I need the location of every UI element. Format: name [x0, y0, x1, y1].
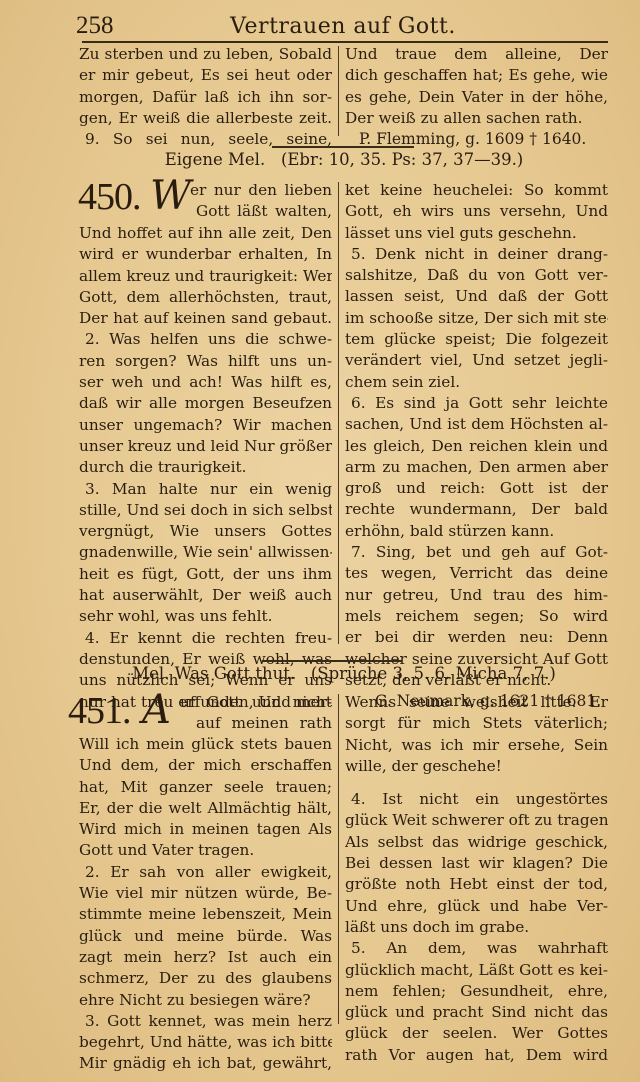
verse-line: er mir gebeut, Es sei heut oder	[79, 65, 332, 86]
verse-line: Will ich mein glück stets bauen	[79, 734, 332, 755]
verse-line: daß wir alle morgen Beseufzen	[79, 393, 332, 414]
verse-line: sachen, Und ist dem Höchsten al-	[345, 414, 608, 435]
verse-line: sorgt für mich Stets väterlich;	[345, 713, 608, 734]
verse-line: Wie viel mir nützen würde, Be-	[79, 883, 332, 904]
verse-line: vergnügt, Wie unsers Gottes	[79, 521, 332, 542]
verse-line: tem glücke speist; Die folgezeit	[345, 329, 608, 350]
verse-line: 2. Er sah von aller ewigkeit,	[79, 862, 332, 883]
verse-line: verändert viel, Und setzet jegli-	[345, 350, 608, 371]
verse-line: gnadenwille, Wie sein' allwissen-	[79, 542, 332, 563]
verse-line: Gott läßt walten,	[196, 201, 332, 222]
verse-line: stille, Und sei doch in sich selbst	[79, 500, 332, 521]
continuation-left-column: Zu sterben und zu leben, Sobald er mir g…	[79, 44, 332, 150]
verse-line: ket keine heuchelei: So kommt	[345, 180, 608, 201]
verse-line: Bei dessen last wir klagen? Die	[345, 853, 608, 874]
column-divider	[338, 694, 339, 1024]
header-rule	[82, 41, 608, 43]
hymn-number-450: 450.	[78, 178, 141, 216]
hymn-450-left-column: Und hoffet auf ihn alle zeit, Den wird e…	[79, 223, 332, 713]
column-divider	[338, 46, 339, 136]
running-head: 258 Vertrauen auf Gott.	[76, 12, 610, 42]
verse-line: dich geschaffen hat; Es gehe, wie	[345, 65, 608, 86]
verse-line: schmerz, Der zu des glaubens	[79, 968, 332, 989]
verse-line: 6. Es sind ja Gott sehr leichte	[345, 393, 608, 414]
verse-line: uf Gott und nicht	[180, 692, 332, 713]
verse-line: chem sein ziel.	[345, 372, 608, 393]
section-rule	[272, 146, 414, 148]
verse-line: arm zu machen, Den armen aber	[345, 457, 608, 478]
verse-line: Gott, eh wirs uns versehn, Und	[345, 201, 608, 222]
verse-line: im schooße sitze, Der sich mit ste-	[345, 308, 608, 329]
continuation-right-column: Und traue dem alleine, Der dich geschaff…	[345, 44, 608, 150]
hymn-451-melody: Mel. Was Gott thut. (Sprüche 3, 5. 6. Mi…	[79, 664, 609, 683]
verse-line: glück der seelen. Wer Gottes	[345, 1023, 608, 1044]
verse-line: durch die traurigkeit.	[79, 457, 332, 478]
verse-line: gen, Er weiß die allerbeste zeit.	[79, 108, 332, 129]
hymn-451-right-column: Wenns seine weisheit litte. Er sorgt für…	[345, 692, 608, 1066]
verse-line: hat, Mit ganzer seele trauen;	[79, 777, 332, 798]
verse-line: morgen, Dafür laß ich ihn sor-	[79, 87, 332, 108]
verse-line: Und hoffet auf ihn alle zeit, Den	[79, 223, 332, 244]
verse-line: Der weiß zu allen sachen rath.	[345, 108, 608, 129]
verse-line: Der hat auf keinen sand gebaut.	[79, 308, 332, 329]
verse-line: stimmte meine lebenszeit, Mein	[79, 904, 332, 925]
verse-line: 2. Was helfen uns die schwe-	[79, 329, 332, 350]
verse-line: glück und pracht Sind nicht das	[345, 1002, 608, 1023]
verse-line: glück Weit schwerer oft zu tragen,	[345, 810, 608, 831]
verse-line: unser ungemach? Wir machen	[79, 415, 332, 436]
verse-line: glück und meine bürde. Was	[79, 926, 332, 947]
verse-line: 3. Gott kennet, was mein herz	[79, 1011, 332, 1032]
verse-line: 5. Denk nicht in deiner drang-	[345, 244, 608, 265]
hymn-450-melody: Eigene Mel. (Ebr: 10, 35. Ps: 37, 37—39.…	[79, 150, 609, 169]
verse-line: rath Vor augen hat, Dem wird	[345, 1045, 608, 1066]
verse-line: Und dem, der mich erschaffen	[79, 755, 332, 776]
verse-line: ren sorgen? Was hilft uns un-	[79, 351, 332, 372]
verse-line: läßt uns doch im grabe.	[345, 917, 608, 938]
verse-line: erhöhn, bald stürzen kann.	[345, 521, 608, 542]
verse-line: größte noth Hebt einst der tod,	[345, 874, 608, 895]
verse-line: zagt mein herz? Ist auch ein	[79, 947, 332, 968]
hymnal-page: 258 Vertrauen auf Gott. Zu sterben und z…	[0, 0, 640, 1082]
melody-name: Eigene Mel.	[165, 150, 265, 169]
scripture-references: (Ebr: 10, 35. Ps: 37, 37—39.)	[281, 150, 523, 169]
verse-line: Zu sterben und zu leben, Sobald	[79, 44, 332, 65]
verse-line: mels reichem segen; So wird	[345, 606, 608, 627]
verse-line: unser kreuz und leid Nur größer	[79, 436, 332, 457]
verse-line: lassen seist, Und daß der Gott	[345, 286, 608, 307]
verse-line: allem kreuz und traurigkeit: Wer	[79, 266, 332, 287]
verse-line: nem fehlen; Gesundheit, ehre,	[345, 981, 608, 1002]
verse-line: Und traue dem alleine, Der	[345, 44, 608, 65]
verse-line: 5. An dem, was wahrhaft	[345, 938, 608, 959]
verse-line: les gleich, Den reichen klein und	[345, 436, 608, 457]
hymn-451-left-column: Will ich mein glück stets bauen Und dem,…	[79, 734, 332, 1075]
verse-line: tes wegen, Verricht das deine	[345, 563, 608, 584]
verse-line: sehr wohl, was uns fehlt.	[79, 606, 332, 627]
hymn-450-right-column: ket keine heuchelei: So kommt Gott, eh w…	[345, 180, 608, 712]
verse-line: er bei dir werden neu: Denn	[345, 627, 608, 648]
verse-line: heit es fügt, Gott, der uns ihm	[79, 564, 332, 585]
verse-line: ser weh und ach! Was hilft es,	[79, 372, 332, 393]
section-rule	[262, 660, 402, 662]
running-title: Vertrauen auf Gott.	[76, 14, 610, 39]
verse-line: es gehe, Dein Vater in der höhe,	[345, 87, 608, 108]
verse-line: wille, der geschehe!	[345, 756, 608, 777]
scripture-references: (Sprüche 3, 5. 6. Micha 7, 7.)	[311, 664, 556, 683]
verse-line: Als selbst das widrige geschick,	[345, 832, 608, 853]
verse-line: glücklich macht, Läßt Gott es kei-	[345, 960, 608, 981]
verse-line: nur getreu, Und trau des him-	[345, 585, 608, 606]
verse-line: begehrt, Und hätte, was ich bitte,	[79, 1032, 332, 1053]
verse-line: groß und reich: Gott ist der	[345, 478, 608, 499]
column-divider	[338, 182, 339, 644]
verse-line: er nur den lieben	[190, 180, 332, 201]
verse-line: ehre Nicht zu besiegen wäre?	[79, 990, 332, 1011]
verse-line: Gott und Vater tragen.	[79, 840, 332, 861]
verse-line: Wenns seine weisheit litte. Er	[345, 692, 608, 713]
verse-line: hat auserwählt, Der weiß auch	[79, 585, 332, 606]
verse-gap	[345, 777, 608, 789]
drop-cap: W	[150, 176, 191, 216]
verse-line: rechte wundermann, Der bald	[345, 499, 608, 520]
verse-line: 4. Ist nicht ein ungestörtes	[345, 789, 608, 810]
verse-line: Mir gnädig eh ich bat, gewährt,	[79, 1053, 332, 1074]
verse-line: wird er wunderbar erhalten, In	[79, 244, 332, 265]
verse-line: 7. Sing, bet und geh auf Got-	[345, 542, 608, 563]
hymn-number-451: 451.	[68, 692, 131, 730]
drop-cap: A	[142, 690, 171, 730]
verse-line: Er, der die welt Allmächtig hält,	[79, 798, 332, 819]
verse-line: 3. Man halte nur ein wenig	[79, 479, 332, 500]
verse-line: salshitze, Daß du von Gott ver-	[345, 265, 608, 286]
verse-line: auf meinen rath	[196, 713, 332, 734]
melody-name: Mel. Was Gott thut.	[132, 664, 295, 683]
verse-line: Und ehre, glück und habe Ver-	[345, 896, 608, 917]
verse-line: 4. Er kennt die rechten freu-	[79, 628, 332, 649]
verse-line: lässet uns viel guts geschehn.	[345, 223, 608, 244]
verse-line: Wird mich in meinen tagen Als	[79, 819, 332, 840]
verse-line: Gott, dem allerhöchsten, traut,	[79, 287, 332, 308]
verse-line: Nicht, was ich mir ersehe, Sein	[345, 735, 608, 756]
